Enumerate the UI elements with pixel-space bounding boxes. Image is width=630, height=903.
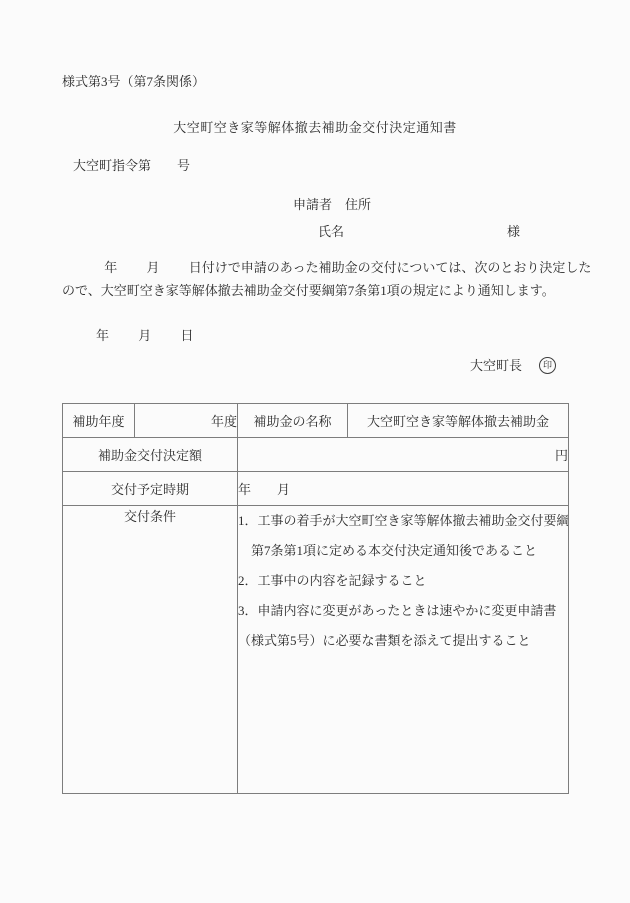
directive-number-line: 大空町指令第 号 (73, 158, 190, 174)
page-title: 大空町空き家等解体撤去補助金交付決定通知書 (0, 120, 630, 136)
decision-amount-label-cell: 補助金交付決定額 (63, 438, 238, 472)
signer-line: 大空町長 印 (470, 357, 556, 374)
decision-amount-value-cell: 円 (238, 438, 569, 472)
table-row-fiscal-year: 補助年度 年度 補助金の名称 大空町空き家等解体撤去補助金 (63, 404, 569, 438)
schedule-label-cell: 交付予定時期 (63, 472, 238, 506)
form-number: 様式第3号（第7条関係） (62, 74, 205, 90)
date-line: 年 月 日 (96, 328, 194, 344)
mayor-title: 大空町長 (470, 358, 522, 374)
seal-icon: 印 (539, 357, 556, 374)
fiscal-year-label-cell: 補助年度 (63, 404, 135, 438)
conditions-text-cell: 1．工事の着手が大空町空き家等解体撤去補助金交付要綱 第7条第1項に定める本交付… (238, 506, 569, 794)
fiscal-year-value-cell: 年度 (135, 404, 238, 438)
table-row-decision-amount: 補助金交付決定額 円 (63, 438, 569, 472)
applicant-address-line: 申請者 住所 (293, 197, 371, 213)
subsidy-name-value-cell: 大空町空き家等解体撤去補助金 (348, 404, 569, 438)
body-paragraph: 年 月 日付けで申請のあった補助金の交付については、次のとおり決定した ので、大… (62, 257, 591, 302)
document-page: 様式第3号（第7条関係） 大空町空き家等解体撤去補助金交付決定通知書 大空町指令… (0, 0, 630, 903)
honorific-label: 様 (507, 224, 520, 240)
table-row-conditions: 交付条件 1．工事の着手が大空町空き家等解体撤去補助金交付要綱 第7条第1項に定… (63, 506, 569, 794)
conditions-label-cell: 交付条件 (63, 506, 238, 794)
subsidy-name-label-cell: 補助金の名称 (238, 404, 348, 438)
table-row-schedule: 交付予定時期 年 月 (63, 472, 569, 506)
applicant-name-label: 氏名 (318, 224, 344, 240)
decision-table: 補助年度 年度 補助金の名称 大空町空き家等解体撤去補助金 補助金交付決定額 円… (62, 403, 569, 794)
schedule-value-cell: 年 月 (238, 472, 569, 506)
